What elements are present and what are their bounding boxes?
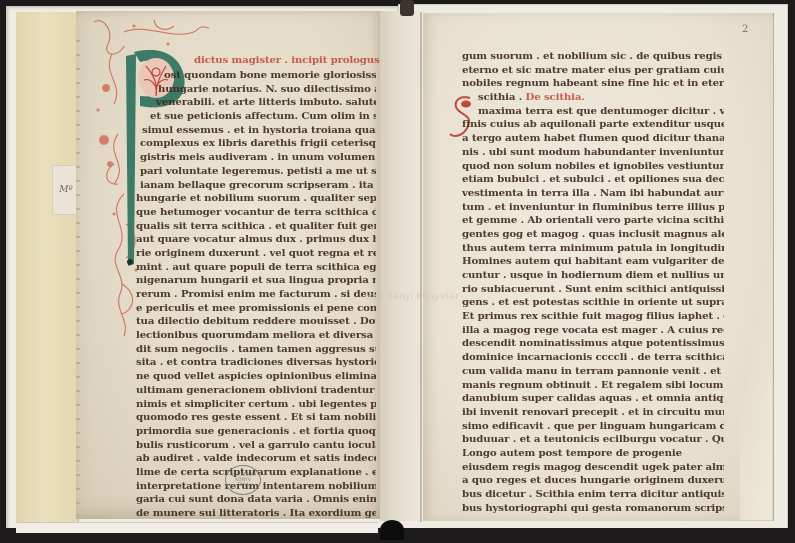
left-page-heading: dictus magister . incipit prologus in ge… [150,54,380,68]
text-line: nobiles regnum habeant sine fine hic et … [462,78,724,91]
text-line: manis regnum obtinuit . Et regalem sibi … [462,379,724,392]
stamp-line: TÁRA [237,483,249,488]
section-rubric: De scithia. [526,92,585,103]
text-fragment: scithia . [478,92,526,103]
guard-strip [16,12,79,530]
heading-line: dictus magister . incipit prologus in ge… [150,55,380,68]
text-line: dit sum negociis . tamen tamen aggresus … [136,343,376,356]
text-line: eterno et sic matre mater eius per grati… [462,64,724,77]
text-line: ultimam generacionem oblivioni tradentur… [136,384,376,397]
text-line: maxima terra est que dentumoger dicitur … [462,105,724,118]
gutter [380,11,420,521]
text-line: nigenarum hungarii et sua lingua propria… [136,275,376,288]
right-page-text: gum suorum . et nobilium sic . de quibus… [462,50,724,515]
right-leaf-folded-edge [740,230,772,520]
text-line: cum valida manu in terram pannonie venit… [462,365,724,378]
text-line: quod non solum nobiles et ignobiles vest… [462,160,724,173]
text-line: ab audiret . valde indecorum et satis in… [136,453,376,466]
text-line: que hetumoger vocantur de terra scithica… [136,206,376,219]
rubric-heading: dictus magister . incipit prologus in ge… [194,55,380,66]
text-line: de munere sui litteratoris . Ita exordiu… [136,508,376,521]
binding-clasp [400,0,414,16]
text-line: sita . et contra tradiciones diversas hy… [136,357,376,370]
text-line: quomodo res geste essent . Et si tam nob… [136,412,376,425]
text-line: danubium super calidas aquas . et omnia … [462,393,724,406]
binding-notch [380,520,404,540]
text-line: ianam bellaque grecorum scripseram . ita… [136,179,376,192]
text-line: ost quondam bone memorie gloriosissimi b… [136,70,376,83]
text-line: dominice incarnacionis ccccli . de terra… [462,352,724,365]
text-line: hungarie et nobilium suorum . qualiter s… [136,193,376,206]
text-line: hungarie notarius. N. suo dilectissimo a… [136,83,376,96]
text-line: etiam bubulci . et subulci . et opilione… [462,174,724,187]
text-line: gentes gog et magog . quas inclusit magn… [462,228,724,241]
text-line: aut quare vocatur almus dux . primus dux… [136,234,376,247]
text-line: Homines autem qui habitant eam vulgarite… [462,256,724,269]
folio-number: 2 [742,24,748,35]
text-line: illa a magog rege vocata est mager . A c… [462,324,724,337]
text-line: Longo autem post tempore de progenie [462,447,724,460]
text-line: simo edificavit . que per linguam hungar… [462,420,724,433]
text-line: eiusdem regis magog descendit ugek pater… [462,461,724,474]
text-line: buduuar . et a teutonicis ecilburgu voca… [462,434,724,447]
text-line: et sue peticionis affectum. Cum olim in … [136,111,376,124]
text-line: gistris meis audiveram . in unum volumen… [136,152,376,165]
text-line: qualis sit terra scithica . et qualiter … [136,220,376,233]
text-line: rio subiacuerunt . Sunt enim scithici an… [462,283,724,296]
text-line: gens . et est potestas scithie in orient… [462,297,724,310]
text-line: rerum . Promisi enim me facturum . si de… [136,289,376,302]
text-line: primordia sue generacionis . et fortia q… [136,425,376,438]
text-line: thus autem terra minimum patula in longi… [462,242,724,255]
text-line: a tergo autem habet flumen quod dicitur … [462,133,724,146]
text-line: simul essemus . et in hystoria troiana q… [136,124,376,137]
prick-holes [76,40,80,510]
mount-bottom-edge [16,522,378,533]
text-line: rie originem duxerunt . vel quot regna e… [136,247,376,260]
text-line: et gemme . Ab orientali vero parte vicin… [462,215,724,228]
text-line: bus dicetur . Scithia enim terra dicitur… [462,489,724,502]
text-line: descendit nominatissimus atque potentiss… [462,338,724,351]
text-line: pari voluntate legeremus. petisti a me u… [136,165,376,178]
text-line: complexus ex libris darethis frigii cete… [136,138,376,151]
text-line: vestimenta in terra illa . Nam ibi habun… [462,187,724,200]
left-page-text: ost quondam bone memorie gloriosissimi b… [136,69,376,521]
text-line: gum suorum . et nobilium sic . de quibus… [462,51,724,64]
text-line: ne quod vellet aspicies opinionibus elim… [136,371,376,384]
text-line: tum . et inveniuntur in fluminibus terre… [462,201,724,214]
watermark: Széchényi Könyvtár [365,292,459,302]
text-line: lectionibus quorumdam meliora et diversa… [136,330,376,343]
text-line: bulis rusticorum . vel a garrulo cantu i… [136,439,376,452]
gutter-fold-line [420,12,422,522]
text-line: mint . aut quare populi de terra scithic… [136,261,376,274]
text-line: garia cui sunt dona data varia . Omnis e… [136,494,376,507]
text-line: Et primus rex scithie fuit magog filius … [462,311,724,324]
text-line: finis cuius ab aquilonali parte extendit… [462,119,724,132]
text-line: ibi invenit renovari precepit . et in ci… [462,406,724,419]
library-stamp: N.MUZEUM KÖNYV TÁRA [225,465,261,495]
text-line: nis . ubi sunt modum habundanter inveniu… [462,146,724,159]
text-line: bus hystoriographi qui gesta romanorum s… [462,502,724,515]
text-line: e periculis et mee promissionis ei pene … [136,302,376,315]
text-line: tua dilectio debitum reddere mouisset . … [136,316,376,329]
section-heading-line: scithia . De scithia. scithia . De scith… [462,92,724,105]
text-line: venerabili. et arte litteris imbuto. sal… [136,97,376,110]
text-line: cuntur . usque in hodiernum diem et null… [462,270,724,283]
text-line: nimis et simpliciter certum . ubi legent… [136,398,376,411]
text-line: a quo reges et duces hungarie originem d… [462,475,724,488]
